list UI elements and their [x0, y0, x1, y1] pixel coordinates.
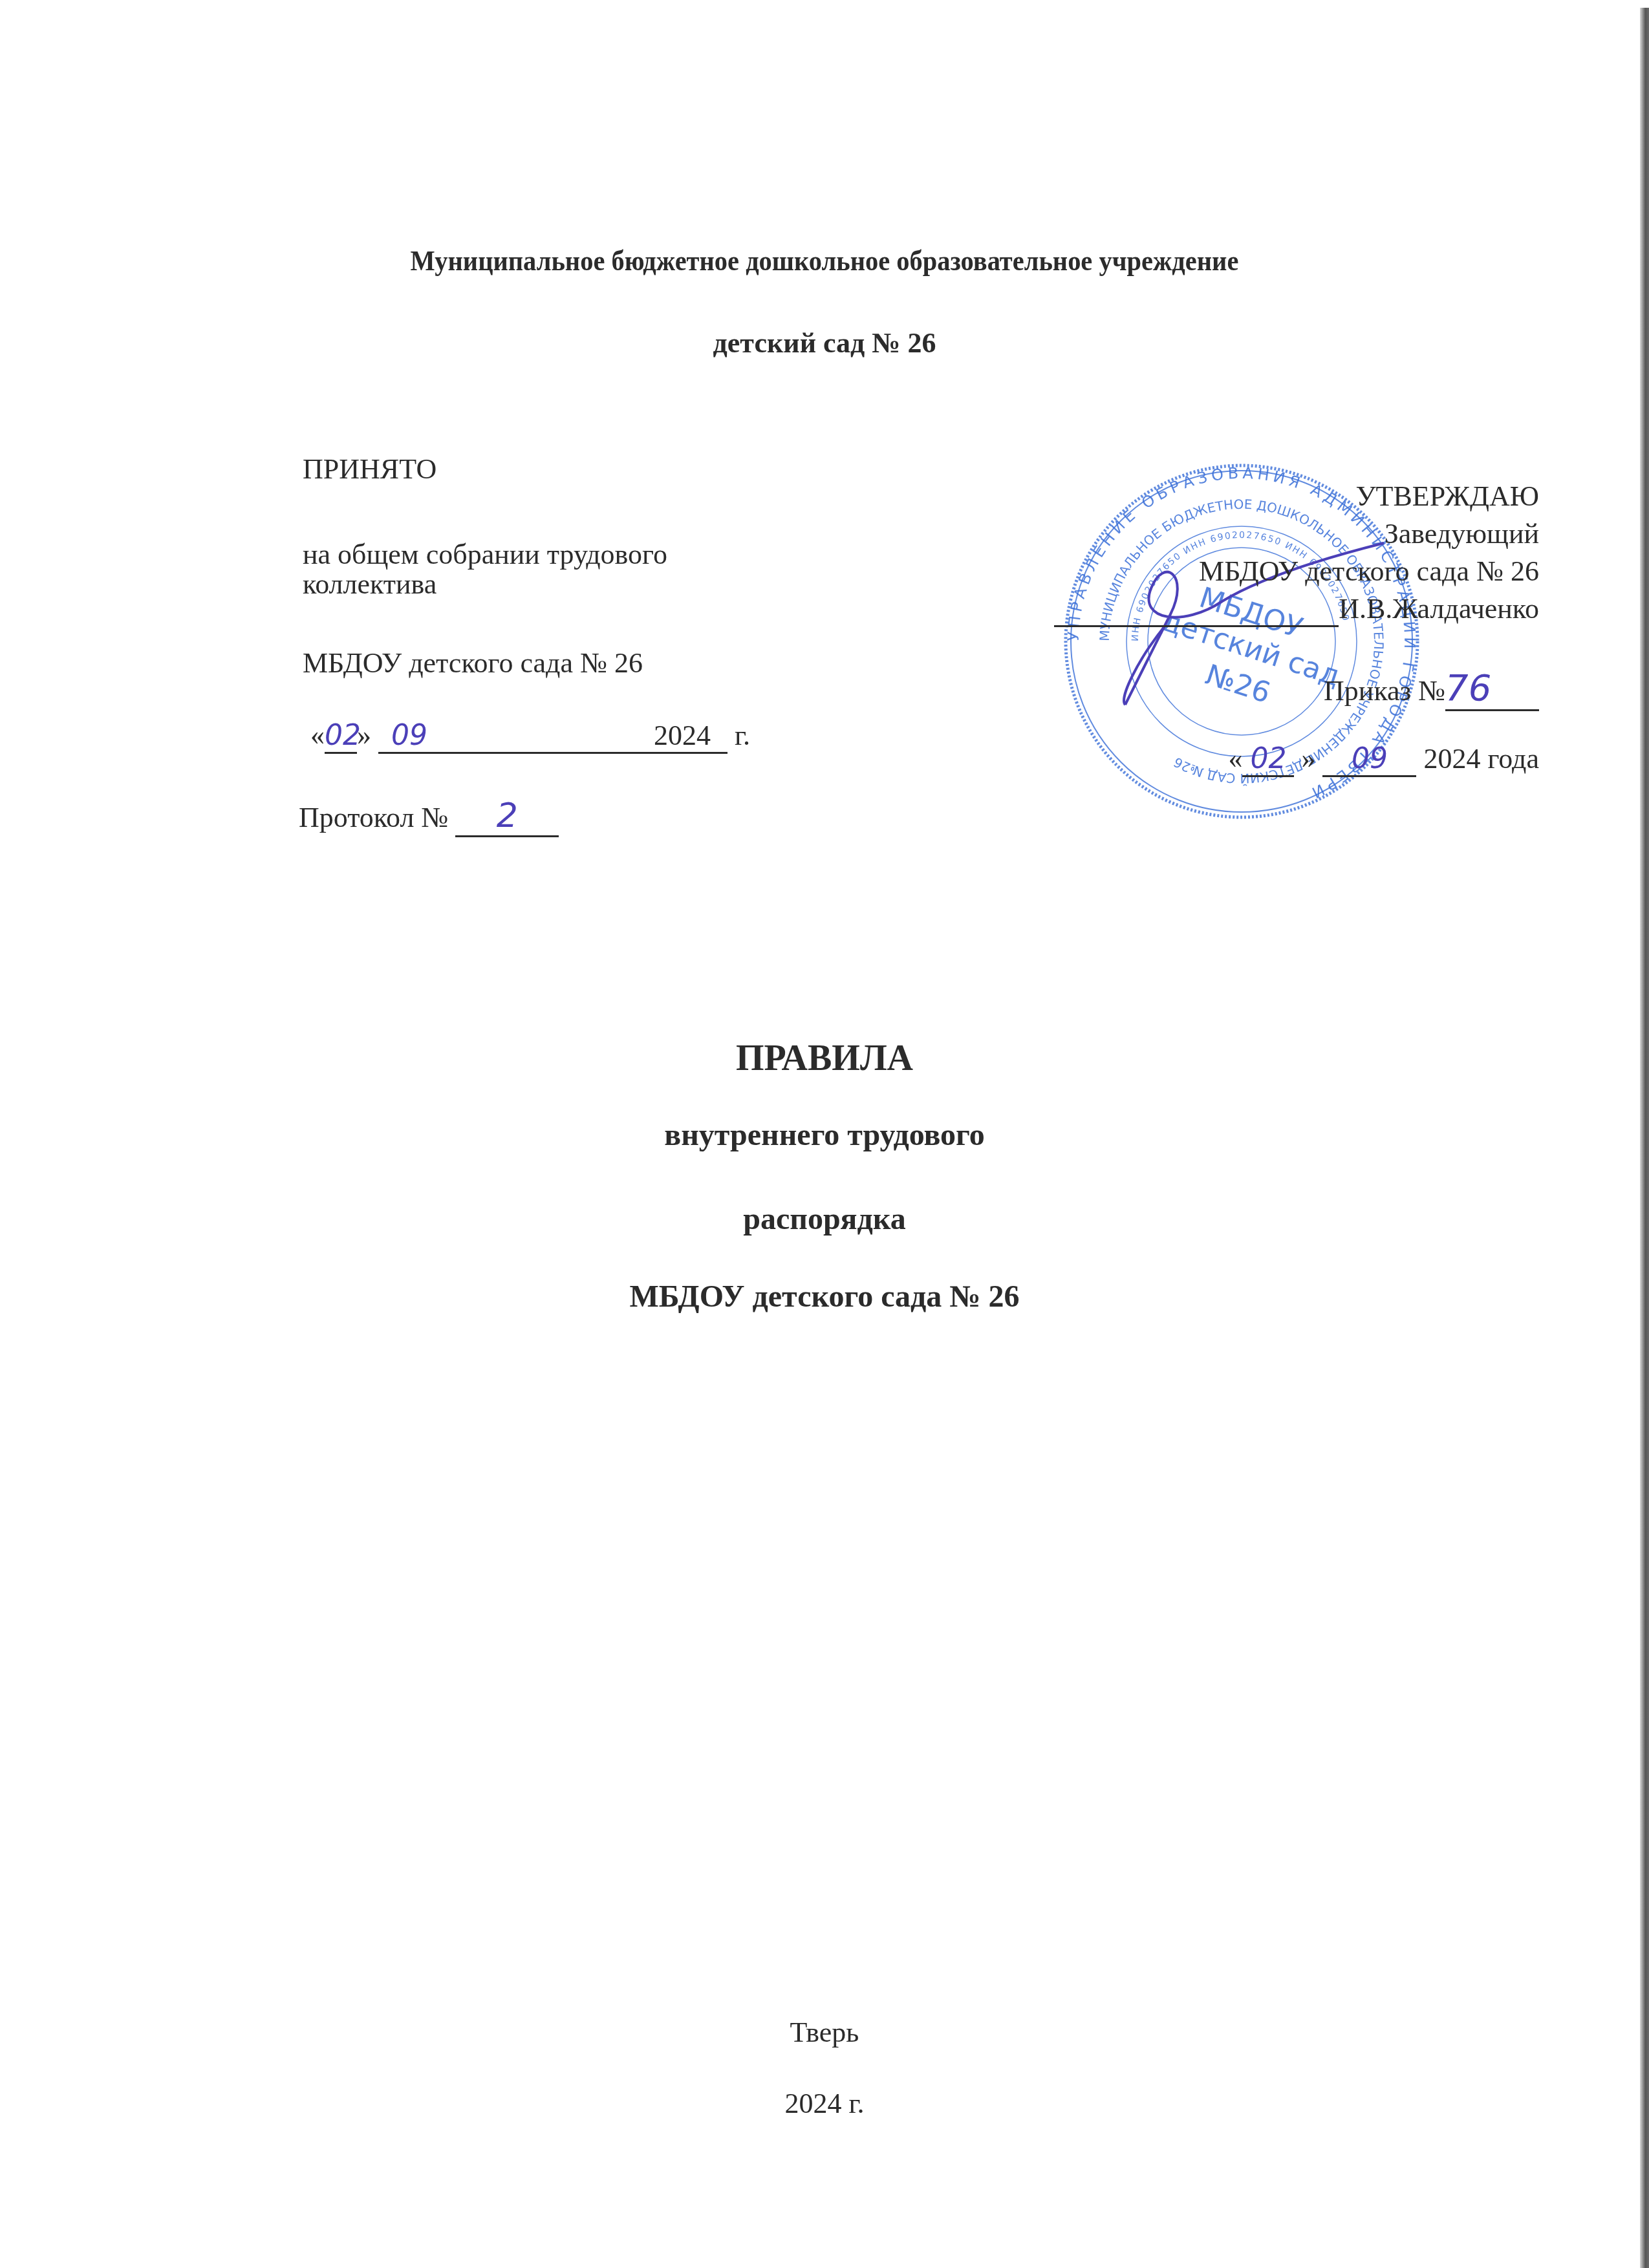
document-subtitle-line3: МБДОУ детского сада № 26 — [0, 1279, 1649, 1314]
document-title: ПРАВИЛА — [0, 1038, 1649, 1079]
footer-city: Тверь — [0, 2016, 1649, 2049]
approved-org: МБДОУ детского сада № 26 — [1199, 555, 1539, 588]
accepted-org: МБДОУ детского сада № 26 — [303, 647, 643, 679]
accepted-heading: ПРИНЯТО — [303, 453, 436, 486]
date-month-handwritten: 09 — [1322, 742, 1416, 777]
approved-heading: УТВЕРЖДАЮ — [1355, 480, 1539, 513]
signatory-name: И.В.Жалдаченко — [1339, 593, 1539, 625]
document-subtitle-line1: внутреннего трудового — [0, 1117, 1649, 1153]
accepted-line2: коллектива — [303, 568, 436, 601]
accepted-line1: на общем собрании трудового — [303, 538, 667, 571]
date-year: 2024 — [1423, 743, 1480, 775]
approved-position: Заведующий — [1385, 517, 1539, 550]
date-close-quote: » — [1301, 743, 1315, 775]
approved-signature-line: И.В.Жалдаченко — [1054, 592, 1539, 627]
signature-underline — [1054, 592, 1339, 627]
order-label: Приказ № — [1324, 675, 1445, 707]
date-day-handwritten: 02 — [1242, 742, 1294, 777]
date-open-quote: « — [310, 720, 325, 751]
date-suffix: г. — [735, 720, 750, 751]
date-month-field: 09 — [378, 719, 637, 754]
protocol-number-handwritten: 2 — [455, 797, 559, 837]
institution-name-line1: Муниципальное бюджетное дошкольное образ… — [66, 244, 1583, 277]
footer-year: 2024 г. — [0, 2087, 1649, 2120]
date-month-handwritten: 09 — [391, 719, 427, 752]
date-suffix: года — [1487, 743, 1539, 775]
date-day-handwritten: 02 — [325, 719, 357, 754]
date-year: 2024 — [637, 719, 727, 754]
protocol-label: Протокол № — [299, 802, 448, 833]
date-close-quote: » — [357, 720, 371, 751]
accepted-date: «02» 092024 г. — [310, 719, 750, 754]
approved-date: «02 » 09 2024 года — [1228, 742, 1539, 777]
order-line: Приказ №76 — [1324, 667, 1539, 711]
document-subtitle-line2: распорядка — [0, 1201, 1649, 1237]
institution-name-line2: детский сад № 26 — [0, 326, 1649, 359]
protocol-line: Протокол № 2 — [299, 797, 559, 837]
order-number-handwritten: 76 — [1445, 667, 1539, 711]
date-open-quote: « — [1228, 743, 1242, 775]
